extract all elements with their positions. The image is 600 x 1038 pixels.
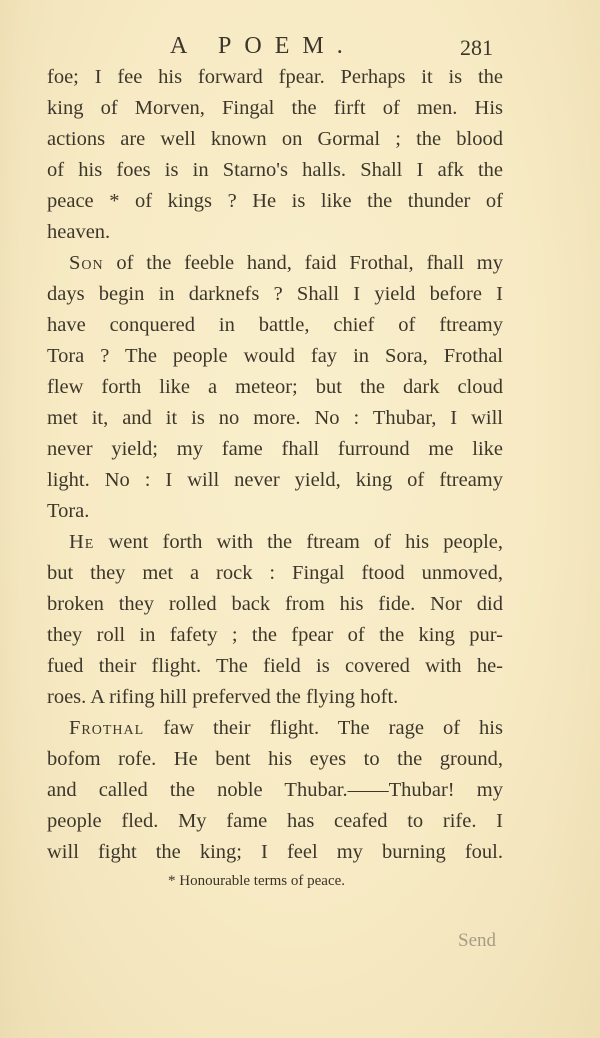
text-line: He went forth with the ftream of his peo… [47, 527, 503, 558]
text-line: bofom rofe. He bent his eyes to the grou… [47, 744, 503, 775]
text-line: will fight the king; I feel my burning f… [47, 837, 503, 868]
text-span: faw their flight. The rage of his [144, 717, 503, 739]
catchword: Send [458, 930, 496, 952]
page-header: A POEM. 281 [0, 33, 600, 63]
paragraph: Son of the feeble hand, faid Frothal, fh… [47, 248, 503, 527]
text-line: but they met a rock : Fingal ftood unmov… [47, 558, 503, 589]
text-line: flew forth like a meteor; but the dark c… [47, 372, 503, 403]
text-line: fued their flight. The field is covered … [47, 651, 503, 682]
page-number: 281 [460, 35, 493, 61]
paragraph: He went forth with the ftream of his peo… [47, 527, 503, 713]
text-line: have conquered in battle, chief of ftrea… [47, 310, 503, 341]
text-line: broken they rolled back from his fide. N… [47, 589, 503, 620]
text-line: heaven. [47, 217, 503, 248]
small-caps-lead: Frothal [69, 717, 144, 739]
text-line: light. No : I will never yield, king of … [47, 465, 503, 496]
text-line: never yield; my fame fhall furround me l… [47, 434, 503, 465]
text-line: Tora. [47, 496, 503, 527]
poem-body: foe; I fee his forward fpear. Perhaps it… [47, 62, 503, 868]
text-span: of the feeble hand, faid Frothal, fhall … [104, 252, 503, 274]
book-page: A POEM. 281 foe; I fee his forward fpear… [0, 0, 600, 1038]
text-line: of his foes is in Starno's halls. Shall … [47, 155, 503, 186]
running-title: A POEM. [170, 33, 356, 60]
paragraph: Frothal faw their flight. The rage of hi… [47, 713, 503, 868]
small-caps-lead: Son [69, 252, 104, 274]
paragraph: foe; I fee his forward fpear. Perhaps it… [47, 62, 503, 248]
text-line: Frothal faw their flight. The rage of hi… [47, 713, 503, 744]
text-line: Son of the feeble hand, faid Frothal, fh… [47, 248, 503, 279]
text-line: actions are well known on Gormal ; the b… [47, 124, 503, 155]
small-caps-lead: He [69, 531, 94, 553]
text-line: roes. A rifing hill preferved the flying… [47, 682, 503, 713]
footnote: * Honourable terms of peace. [168, 873, 345, 890]
text-line: people fled. My fame has ceafed to rife.… [47, 806, 503, 837]
text-span: went forth with the ftream of his people… [94, 531, 503, 553]
text-line: Tora ? The people would fay in Sora, Fro… [47, 341, 503, 372]
text-line: days begin in darknefs ? Shall I yield b… [47, 279, 503, 310]
text-line: king of Morven, Fingal the firft of men.… [47, 93, 503, 124]
text-line: they roll in fafety ; the fpear of the k… [47, 620, 503, 651]
text-line: met it, and it is no more. No : Thubar, … [47, 403, 503, 434]
text-line: and called the noble Thubar.——Thubar! my [47, 775, 503, 806]
text-line: foe; I fee his forward fpear. Perhaps it… [47, 62, 503, 93]
text-line: peace * of kings ? He is like the thunde… [47, 186, 503, 217]
